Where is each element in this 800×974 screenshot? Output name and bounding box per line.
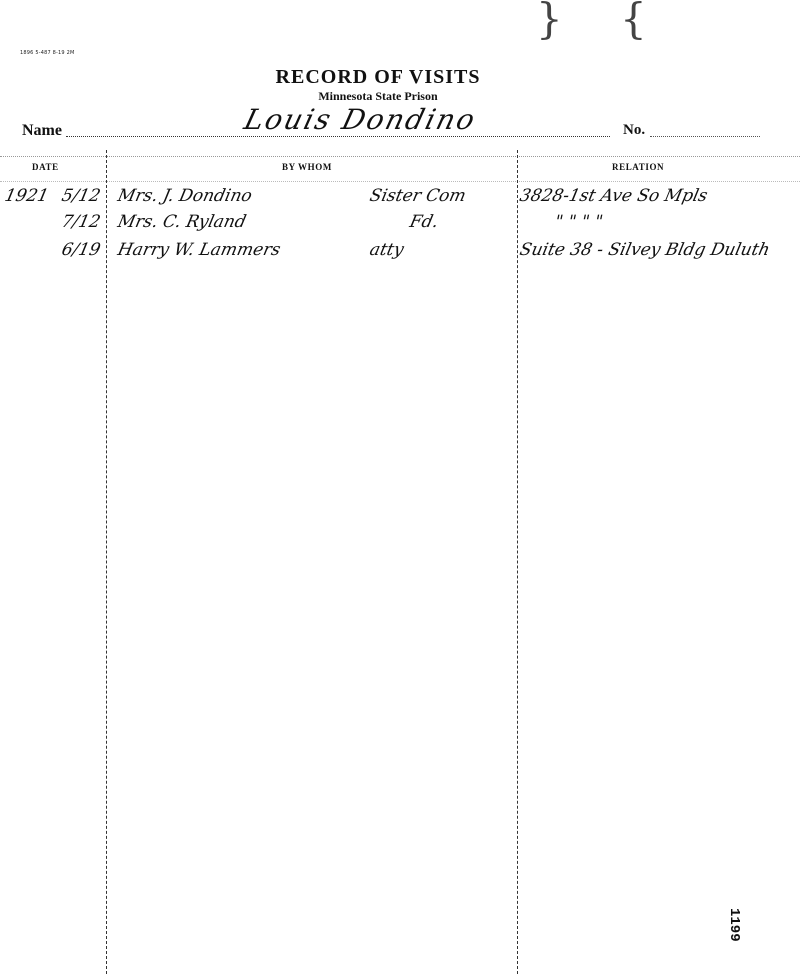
margin-bracket-mark: }	[620, 0, 647, 43]
visitor-relation: " " " "	[553, 212, 605, 232]
name-label: Name	[22, 122, 62, 140]
name-value: Louis Dondino	[241, 103, 480, 136]
column-header-by-whom: BY WHOM	[282, 162, 332, 172]
visitor-role: Sister Com	[368, 186, 468, 206]
document-title: RECORD OF VISITS	[0, 66, 756, 89]
margin-bracket-mark: }	[536, 0, 563, 43]
visit-date: 7/12	[60, 212, 102, 232]
column-divider-date	[106, 150, 107, 974]
row-divider	[0, 181, 800, 182]
visitor-role: Fd.	[408, 212, 440, 232]
visitor-role: atty	[368, 240, 406, 260]
visit-date: 5/12	[60, 186, 102, 206]
name-field-line	[66, 136, 610, 137]
form-code: 1896 5-487 8-19 2M	[20, 50, 74, 56]
visitor-relation: 3828-1st Ave So Mpls	[518, 186, 709, 206]
column-divider-relation	[517, 150, 518, 974]
visit-year: 1921	[3, 186, 51, 206]
column-header-date: DATE	[32, 162, 59, 172]
number-label: No.	[623, 122, 645, 139]
visit-date: 6/19	[60, 240, 102, 260]
visitor-name: Mrs. J. Dondino	[116, 186, 254, 206]
visitor-name: Mrs. C. Ryland	[116, 212, 248, 232]
document-subtitle: Minnesota State Prison	[0, 89, 756, 104]
page-number-stamp: 1199	[726, 908, 742, 942]
column-header-relation: RELATION	[612, 162, 664, 172]
visitor-relation: Suite 38 - Silvey Bldg Duluth	[518, 240, 772, 260]
header-divider	[0, 156, 800, 157]
number-field-line	[650, 136, 760, 137]
visitor-name: Harry W. Lammers	[116, 240, 282, 260]
